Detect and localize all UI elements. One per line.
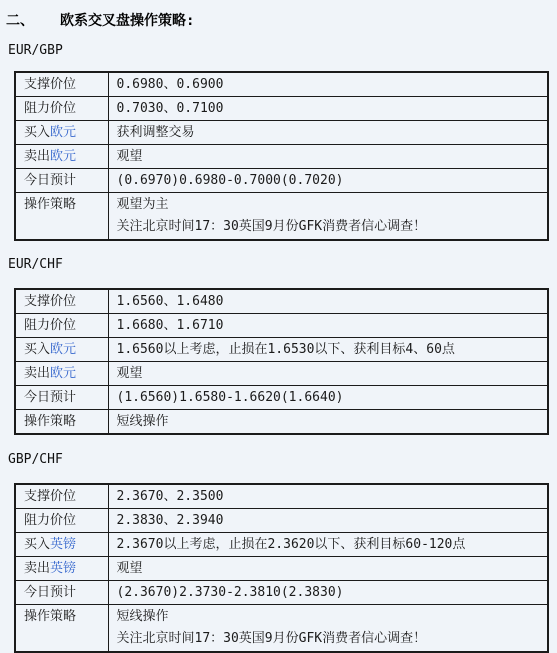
row-value: 观望 (108, 362, 548, 386)
table-row: 操作策略 短线操作 (15, 410, 548, 435)
table-row: 支撑价位 2.3670、2.3500 (15, 484, 548, 509)
row-value: 0.6980、0.6900 (108, 72, 548, 97)
row-label: 今日预计 (15, 581, 108, 605)
row-value: 1.6680、1.6710 (108, 314, 548, 338)
row-label: 支撑价位 (15, 72, 108, 97)
currency-link[interactable]: 欧元 (50, 125, 76, 140)
row-label: 卖出欧元 (15, 145, 108, 169)
row-value: 2.3830、2.3940 (108, 509, 548, 533)
row-value: 观望为主 关注北京时间17：30英国9月份GFK消费者信心调查！ (108, 193, 548, 241)
table-row: 今日预计 (1.6560)1.6580-1.6620(1.6640) (15, 386, 548, 410)
row-label: 操作策略 (15, 410, 108, 435)
row-label-text: 今日预计 (24, 585, 76, 600)
table-row: 买入英镑 2.3670以上考虑，止损在2.3620以下、获利目标60-120点 (15, 533, 548, 557)
row-label: 买入欧元 (15, 338, 108, 362)
row-label-text: 支撑价位 (24, 489, 76, 504)
row-label-text: 操作策略 (24, 414, 76, 429)
row-value: 短线操作 关注北京时间17：30英国9月份GFK消费者信心调查！ (108, 605, 548, 653)
row-label: 今日预计 (15, 386, 108, 410)
pair-title-eur-chf: EUR/CHF (8, 257, 551, 272)
row-label: 支撑价位 (15, 484, 108, 509)
pair-title-eur-gbp: EUR/GBP (8, 43, 551, 58)
strategy-line-2: 关注北京时间17：30英国9月份GFK消费者信心调查！ (117, 216, 540, 238)
row-value: 1.6560、1.6480 (108, 289, 548, 314)
row-value: (0.6970)0.6980-0.7000(0.7020) (108, 169, 548, 193)
strategy-line-1: 短线操作 (117, 606, 540, 628)
heading-number: 二、 (6, 10, 34, 30)
currency-link[interactable]: 欧元 (50, 342, 76, 357)
row-label-text: 支撑价位 (24, 294, 76, 309)
table-row: 卖出英镑 观望 (15, 557, 548, 581)
row-label-text: 买入 (24, 537, 50, 552)
row-label: 买入欧元 (15, 121, 108, 145)
row-label: 操作策略 (15, 193, 108, 241)
row-label: 卖出英镑 (15, 557, 108, 581)
row-label-text: 阻力价位 (24, 513, 76, 528)
row-label: 卖出欧元 (15, 362, 108, 386)
row-label: 操作策略 (15, 605, 108, 653)
row-label: 阻力价位 (15, 509, 108, 533)
row-label-text: 阻力价位 (24, 318, 76, 333)
table-row: 买入欧元 1.6560以上考虑，止损在1.6530以下、获利目标4、60点 (15, 338, 548, 362)
row-label-text: 卖出 (24, 561, 50, 576)
table-row: 阻力价位 2.3830、2.3940 (15, 509, 548, 533)
heading-title: 欧系交叉盘操作策略: (60, 13, 194, 29)
row-label-text: 今日预计 (24, 390, 76, 405)
row-value: 2.3670以上考虑，止损在2.3620以下、获利目标60-120点 (108, 533, 548, 557)
row-value: 2.3670、2.3500 (108, 484, 548, 509)
row-value: (1.6560)1.6580-1.6620(1.6640) (108, 386, 548, 410)
currency-link[interactable]: 欧元 (50, 366, 76, 381)
strategy-line-1: 观望为主 (117, 194, 540, 216)
pair-title-gbp-chf: GBP/CHF (8, 452, 551, 467)
table-row: 今日预计 (2.3670)2.3730-2.3810(2.3830) (15, 581, 548, 605)
row-label-text: 卖出 (24, 149, 50, 164)
currency-link[interactable]: 英镑 (50, 561, 76, 576)
row-value: 短线操作 (108, 410, 548, 435)
row-label-text: 支撑价位 (24, 77, 76, 92)
row-value: (2.3670)2.3730-2.3810(2.3830) (108, 581, 548, 605)
row-value: 观望 (108, 145, 548, 169)
table-row: 阻力价位 1.6680、1.6710 (15, 314, 548, 338)
row-label-text: 今日预计 (24, 173, 76, 188)
row-label-text: 买入 (24, 125, 50, 140)
row-label-text: 卖出 (24, 366, 50, 381)
row-value: 0.7030、0.7100 (108, 97, 548, 121)
table-row: 操作策略 观望为主 关注北京时间17：30英国9月份GFK消费者信心调查！ (15, 193, 548, 241)
strategy-table-eur-gbp: 支撑价位 0.6980、0.6900 阻力价位 0.7030、0.7100 买入… (14, 71, 549, 241)
document-page: 二、欧系交叉盘操作策略: EUR/GBP 支撑价位 0.6980、0.6900 … (0, 0, 557, 653)
row-value: 观望 (108, 557, 548, 581)
row-value: 1.6560以上考虑，止损在1.6530以下、获利目标4、60点 (108, 338, 548, 362)
row-label: 今日预计 (15, 169, 108, 193)
table-row: 阻力价位 0.7030、0.7100 (15, 97, 548, 121)
row-value: 获利调整交易 (108, 121, 548, 145)
strategy-table-gbp-chf: 支撑价位 2.3670、2.3500 阻力价位 2.3830、2.3940 买入… (14, 483, 549, 653)
row-label-text: 操作策略 (24, 609, 76, 624)
strategy-table-eur-chf: 支撑价位 1.6560、1.6480 阻力价位 1.6680、1.6710 买入… (14, 288, 549, 435)
row-label-text: 买入 (24, 342, 50, 357)
row-label-text: 操作策略 (24, 197, 76, 212)
table-row: 买入欧元 获利调整交易 (15, 121, 548, 145)
table-row: 支撑价位 1.6560、1.6480 (15, 289, 548, 314)
table-row: 卖出欧元 观望 (15, 145, 548, 169)
table-row: 支撑价位 0.6980、0.6900 (15, 72, 548, 97)
row-label: 阻力价位 (15, 314, 108, 338)
currency-link[interactable]: 欧元 (50, 149, 76, 164)
page-heading: 二、欧系交叉盘操作策略: (6, 10, 551, 30)
table-row: 操作策略 短线操作 关注北京时间17：30英国9月份GFK消费者信心调查！ (15, 605, 548, 653)
row-label: 买入英镑 (15, 533, 108, 557)
row-label: 阻力价位 (15, 97, 108, 121)
table-row: 卖出欧元 观望 (15, 362, 548, 386)
currency-link[interactable]: 英镑 (50, 537, 76, 552)
row-label-text: 阻力价位 (24, 101, 76, 116)
table-row: 今日预计 (0.6970)0.6980-0.7000(0.7020) (15, 169, 548, 193)
row-label: 支撑价位 (15, 289, 108, 314)
strategy-line-2: 关注北京时间17：30英国9月份GFK消费者信心调查！ (117, 628, 540, 650)
